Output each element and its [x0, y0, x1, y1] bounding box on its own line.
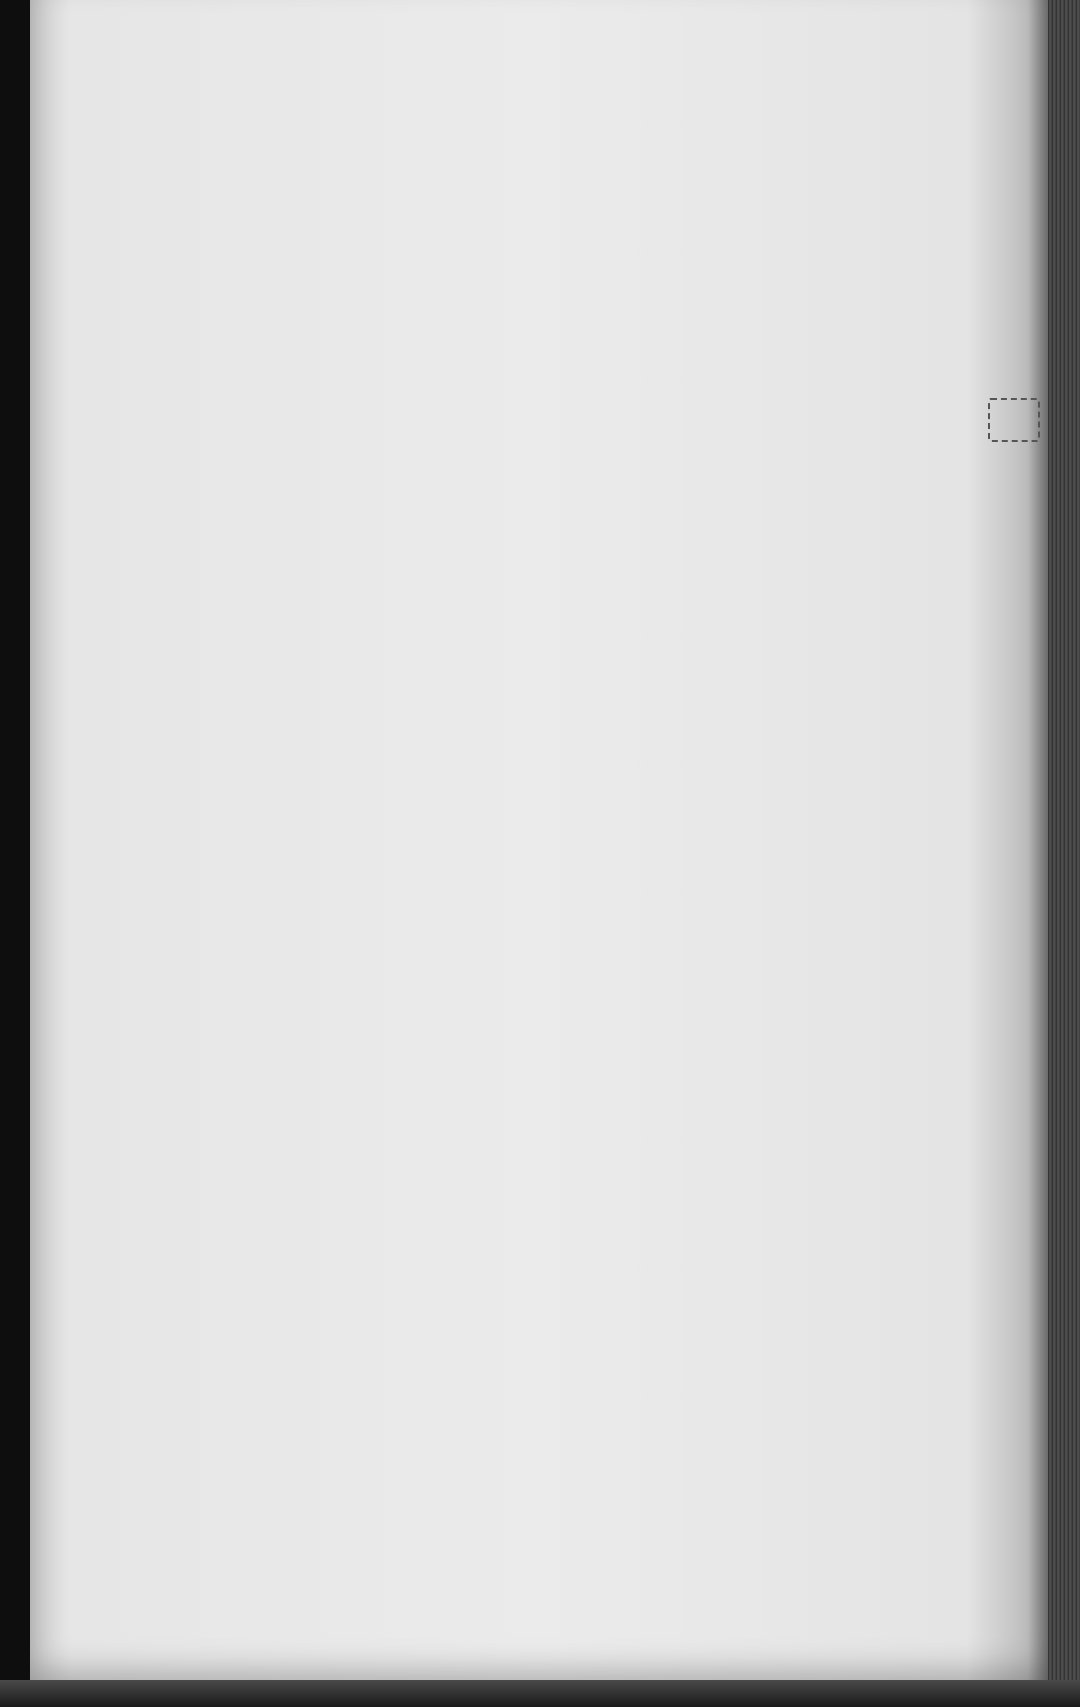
manuscript-page: [30, 0, 1048, 1690]
book-binding-shadow: [0, 1680, 1080, 1707]
bill-of-sale-first-line: [52, 55, 60, 129]
seal-ls: [988, 398, 1040, 442]
book-page-edges: [1048, 0, 1080, 1707]
